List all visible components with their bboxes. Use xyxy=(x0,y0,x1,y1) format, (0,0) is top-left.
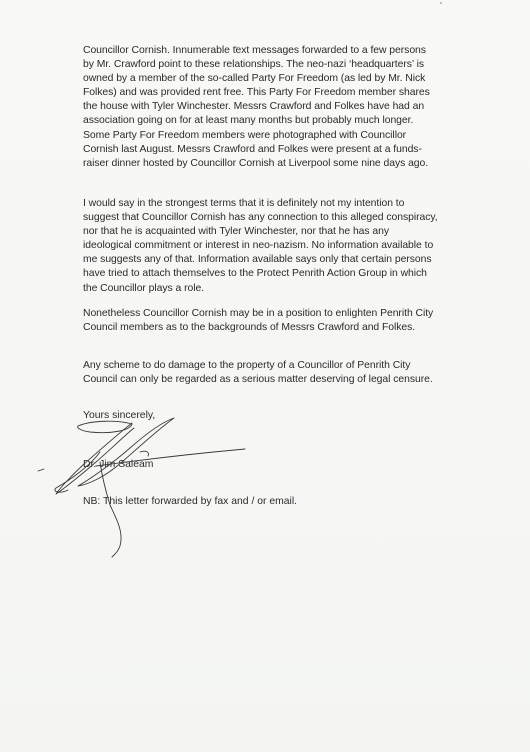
text-line: the house with Tyler Winchester. Messrs … xyxy=(83,100,475,114)
text-line: have tried to attach themselves to the P… xyxy=(83,267,475,281)
text-line: nor that he is acquainted with Tyler Win… xyxy=(83,225,475,239)
text-line: the Councillor plays a role. xyxy=(83,282,475,296)
scan-speck xyxy=(440,2,442,4)
text-line: Council can only be regarded as a seriou… xyxy=(83,373,475,387)
text-line: Cornish last August. Messrs Crawford and… xyxy=(83,143,475,157)
signer-name: Dr. Jim Saleam xyxy=(83,459,153,470)
footnote-nb: NB: This letter forwarded by fax and / o… xyxy=(83,496,297,507)
text-line: by Mr. Crawford point to these relations… xyxy=(83,58,475,72)
text-line: Council members as to the backgrounds of… xyxy=(83,321,475,335)
text-line: Nonetheless Councillor Cornish may be in… xyxy=(83,307,475,321)
text-line: suggest that Councillor Cornish has any … xyxy=(83,211,475,225)
text-line: I would say in the strongest terms that … xyxy=(83,197,475,211)
text-line: Folkes) and was provided rent free. This… xyxy=(83,86,475,100)
text-line: Any scheme to do damage to the property … xyxy=(83,359,475,373)
text-line: association going on for at least many m… xyxy=(83,114,475,128)
closing-salutation: Yours sincerely, xyxy=(83,410,155,421)
paragraph-relationships: Councillor Cornish. Innumerable text mes… xyxy=(83,44,475,171)
text-line: me suggests any of that. Information ava… xyxy=(83,253,475,267)
text-line: raiser dinner hosted by Councillor Corni… xyxy=(83,157,475,171)
paragraph-enlighten: Nonetheless Councillor Cornish may be in… xyxy=(83,307,475,335)
text-line: Some Party For Freedom members were phot… xyxy=(83,129,475,143)
text-line: owned by a member of the so-called Party… xyxy=(83,72,475,86)
text-line: Councillor Cornish. Innumerable text mes… xyxy=(83,44,475,58)
paragraph-disclaimer: I would say in the strongest terms that … xyxy=(83,197,475,296)
paragraph-censure: Any scheme to do damage to the property … xyxy=(83,359,475,387)
scanned-letter-page: Councillor Cornish. Innumerable text mes… xyxy=(0,0,530,752)
text-line: ideological commitment or interest in ne… xyxy=(83,239,475,253)
